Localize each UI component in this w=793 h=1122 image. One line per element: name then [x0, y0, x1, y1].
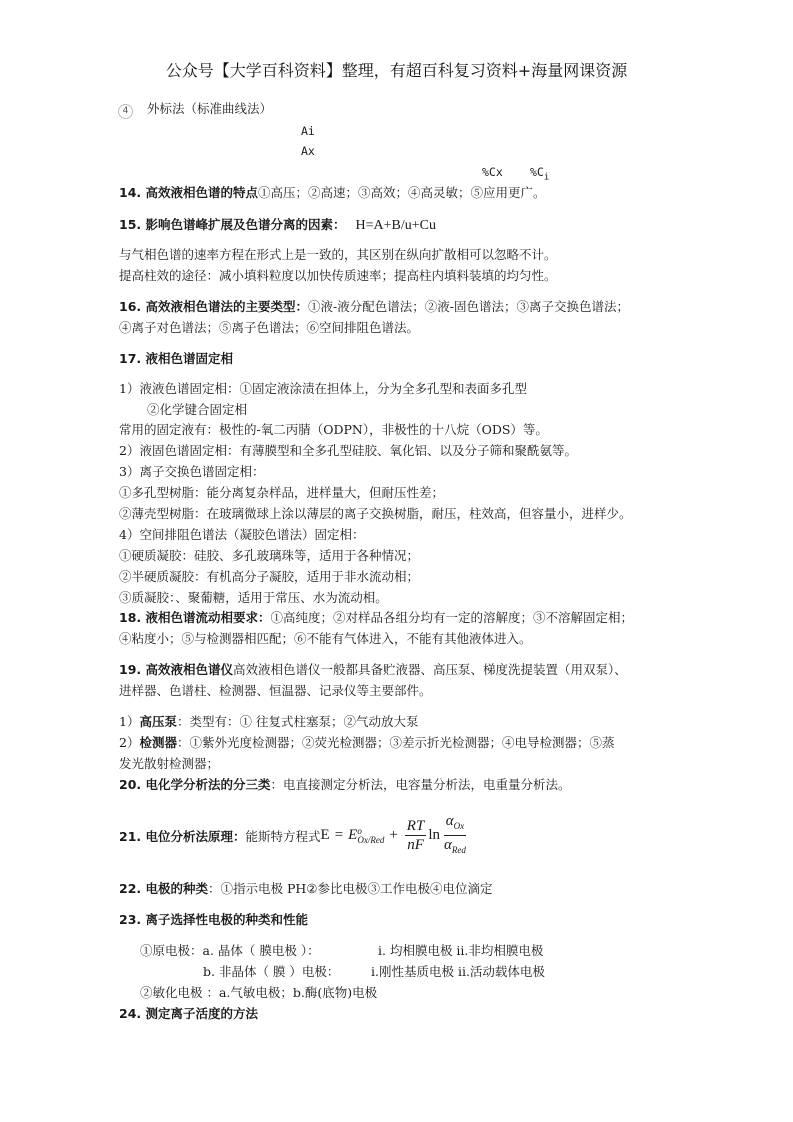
section-17-line: 4）空间排阻色谱法（凝胶色谱法）固定相： [119, 525, 364, 543]
section-20: 20. 电化学分析法的分三类：电直接测定分析法，电容量分析法，电重量分析法。 [119, 775, 571, 793]
page-header-title: 公众号【大学百科资料】整理，有超百科复习资料+海量网课资源 [0, 58, 793, 81]
axis-label-ax: Ax [301, 144, 315, 158]
section-16: 16. 高效液相色谱法的主要类型：①液-液分配色谱法；②液-固色谱法；③离子交换… [119, 297, 629, 315]
section-23-line-3: ②敏化电极 ：a.气敏电极；b.酶(底物)电极 [140, 983, 377, 1001]
section-18-heading: 18. 液相色谱流动相要求： [119, 610, 271, 625]
external-standard-heading: 4外标法（标准曲线法） [118, 99, 272, 119]
section-17-line: 1）液液色谱固定相：①固定液涂渍在担体上，分为全多孔型和表面多孔型 [119, 379, 527, 397]
section-19-detector-cont: 发光散射检测器； [119, 754, 219, 772]
section-17-heading: 17. 液相色谱固定相 [119, 349, 233, 367]
axis-label-ci: %Ci [530, 165, 549, 182]
section-18-text-1: ①高纯度；②对样品各组分均有一定的溶解度；③不溶解固定相； [271, 610, 634, 625]
section-17-line: 3）离子交换色谱固定相： [119, 462, 264, 480]
section-14: 14. 高效液相色谱的特点①高压；②高速；③高效；④高灵敏；⑤应用更广。 [119, 183, 546, 201]
section-23-heading: 23. 离子选择性电极的种类和性能 [119, 910, 308, 928]
circled-number: 4 [118, 104, 133, 119]
section-17-line: ①硬质凝胶：硅胶、多孔玻璃珠等，适用于各种情况； [119, 546, 419, 564]
section-18-text-2: ④粘度小；⑤与检测器相匹配；⑥不能有气体进入，不能有其他液体进入。 [119, 629, 532, 647]
section-14-heading: 14. 高效液相色谱的特点 [119, 185, 258, 200]
section-14-text: ①高压；②高速；③高效；④高灵敏；⑤应用更广。 [258, 185, 546, 200]
axis-label-ai: Ai [301, 124, 315, 138]
section-19-pump: 1）高压泵：类型有：① 往复式柱塞泵；②气动放大泵 [119, 712, 418, 730]
section-22: 22. 电极的种类：①指示电极 PH②参比电极③工作电极④电位滴定 [119, 879, 493, 897]
section-23-line-1a: ①原电极：a. 晶体（ 膜电极 ）： [140, 941, 320, 959]
section-17-line: ②薄壳型树脂：在玻璃微球上涂以薄层的离子交换树脂，耐压，柱效高，但容量小，进样少… [119, 504, 632, 522]
section-17-line: ③质凝胶：、聚葡糖，适用于常压、水为流动相。 [119, 588, 388, 606]
section-17-line: 常用的固定液有：极性的-氧二丙腈（ODPN），非极性的十八烷（ODS）等。 [119, 420, 548, 438]
section-17-line: ②化学键合固定相 [147, 400, 247, 418]
section-19-heading: 19. 高效液相色谱仪 [119, 662, 233, 677]
pump-label: 高压泵 [139, 714, 177, 729]
section-20-heading: 20. 电化学分析法的分三类 [119, 777, 271, 792]
axis-label-cx: %Cx [482, 165, 503, 179]
section-19-text-1: 高效液相色谱仪一般都具备贮液器、高压泵、梯度洗提装置（用双泵）、 [233, 662, 627, 677]
section-22-heading: 22. 电极的种类 [119, 881, 208, 896]
section-18: 18. 液相色谱流动相要求：①高纯度；②对样品各组分均有一定的溶解度；③不溶解固… [119, 608, 633, 626]
detector-label: 检测器 [139, 735, 177, 750]
section-21-heading: 21. 电位分析法原理： [119, 827, 246, 845]
section-15-line-2: 提高柱效的途径：减小填料粒度以加快传质速率；提高柱内填料装填的均匀性。 [119, 266, 557, 284]
section-19: 19. 高效液相色谱仪高效液相色谱仪一般都具备贮液器、高压泵、梯度洗提装置（用双… [119, 660, 627, 678]
section-21-text: 能斯特方程式 [246, 827, 321, 845]
section-21: 21. 电位分析法原理： 能斯特方程式 E = EoOx/Red + RTnF … [119, 812, 470, 859]
van-deemter-formula: H=A+B/u+Cu [355, 218, 435, 233]
section-20-text: ：电直接测定分析法，电容量分析法，电重量分析法。 [271, 777, 571, 792]
section-17-line: ①多孔型树脂：能分离复杂样品，进样量大，但耐压性差； [119, 483, 444, 501]
section-16-text-2: ④离子对色谱法；⑤离子色谱法；⑥空间排阻色谱法。 [119, 318, 419, 336]
section-23-line-1b: i. 均相膜电极 ii.非均相膜电极 [378, 941, 543, 959]
section-16-text-1: ①液-液分配色谱法；②液-固色谱法；③离子交换色谱法； [308, 299, 629, 314]
section-15-heading: 15. 影响色谱峰扩展及色谱分离的因素： [119, 217, 346, 232]
nernst-equation: E = EoOx/Red + RTnF ln αOx αRed [321, 812, 470, 859]
section-17-line: 2）液固色谱固定相：有薄膜型和全多孔型硅胶、氧化铝、以及分子筛和聚酰氨等。 [119, 441, 577, 459]
section-24-heading: 24. 测定离子活度的方法 [119, 1004, 258, 1022]
external-standard-title: 外标法（标准曲线法） [147, 101, 272, 116]
section-23-line-2b: i.刚性基质电极 ii.活动载体电极 [371, 962, 545, 980]
section-19-text-2: 进样器、色谱柱、检测器、恒温器、记录仪等主要部件。 [119, 681, 432, 699]
section-19-detector: 2）检测器：①紫外光度检测器；②荧光检测器；③差示折光检测器；④电导检测器；⑤蒸 [119, 733, 614, 751]
section-17-line: ②半硬质凝胶：有机高分子凝胶，适用于非水流动相； [119, 567, 419, 585]
section-23-line-2a: b. 非晶体（ 膜 ）电极： [203, 962, 339, 980]
section-15: 15. 影响色谱峰扩展及色谱分离的因素： H=A+B/u+Cu [119, 215, 436, 234]
section-16-heading: 16. 高效液相色谱法的主要类型： [119, 299, 308, 314]
section-22-text: ：①指示电极 PH②参比电极③工作电极④电位滴定 [208, 881, 493, 896]
section-15-line-1: 与气相色谱的速率方程在形式上是一致的，其区别在纵向扩散相可以忽略不计。 [119, 245, 557, 263]
activity-ratio: αOx αRed [442, 812, 468, 859]
rt-over-nf: RTnF [405, 817, 427, 854]
